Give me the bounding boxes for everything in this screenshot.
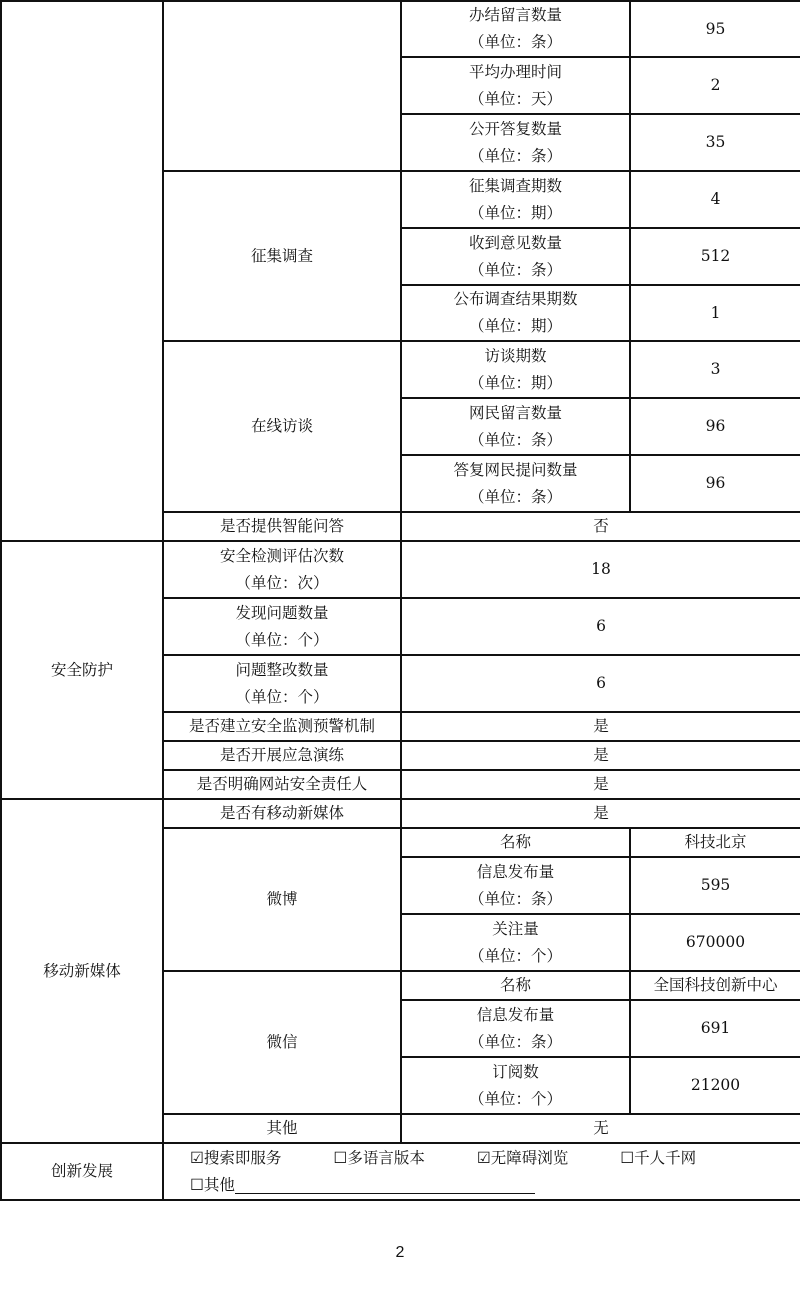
checkbox-checked-icon[interactable]: ☑ [477, 1149, 491, 1167]
metric-value: 691 [630, 1000, 800, 1057]
metric-value: 35 [630, 114, 800, 171]
metric-value: 1 [630, 285, 800, 341]
metric-value: 96 [630, 398, 800, 455]
metric-label: 征集调查期数（单位：期） [401, 171, 630, 228]
checkbox-unchecked-icon[interactable]: ☐ [333, 1149, 347, 1167]
checkbox-unchecked-icon[interactable]: ☐ [190, 1176, 204, 1194]
yesno-label: 是否建立安全监测预警机制 [163, 712, 401, 741]
metric-label: 关注量（单位：个） [401, 914, 630, 971]
yesno-label: 是否开展应急演练 [163, 741, 401, 770]
option-other[interactable]: ☐其他 [190, 1176, 235, 1194]
has-mobile-value: 是 [401, 799, 800, 828]
wechat-name-value: 全国科技创新中心 [630, 971, 800, 1000]
mobile-title: 移动新媒体 [1, 799, 163, 1143]
yesno-value: 是 [401, 770, 800, 799]
metric-value: 96 [630, 455, 800, 512]
metric-value: 18 [401, 541, 800, 598]
other-media-value: 无 [401, 1114, 800, 1143]
metric-value: 3 [630, 341, 800, 398]
metric-value: 6 [401, 655, 800, 712]
page-number: 2 [0, 1244, 800, 1262]
smart-qa-label: 是否提供智能问答 [163, 512, 401, 541]
metric-value: 6 [401, 598, 800, 655]
yesno-label: 是否明确网站安全责任人 [163, 770, 401, 799]
wechat-title: 微信 [163, 971, 401, 1114]
checkbox-unchecked-icon[interactable]: ☐ [620, 1149, 634, 1167]
has-mobile-label: 是否有移动新媒体 [163, 799, 401, 828]
metric-value: 4 [630, 171, 800, 228]
report-table: 办结留言数量（单位：条） 95 平均办理时间（单位：天） 2 公开答复数量（单位… [0, 0, 800, 1201]
metric-value: 21200 [630, 1057, 800, 1114]
checkbox-checked-icon[interactable]: ☑ [190, 1149, 204, 1167]
yesno-value: 是 [401, 712, 800, 741]
metric-label: 答复网民提问数量（单位：条） [401, 455, 630, 512]
smart-qa-value: 否 [401, 512, 800, 541]
option-multilanguage[interactable]: ☐多语言版本 [333, 1145, 424, 1172]
metric-label: 收到意见数量（单位：条） [401, 228, 630, 285]
reply-group-cell [163, 1, 401, 171]
metric-label: 公布调查结果期数（单位：期） [401, 285, 630, 341]
section-interaction-cell [1, 1, 163, 541]
metric-label: 信息发布量（单位：条） [401, 1000, 630, 1057]
interview-title: 在线访谈 [163, 341, 401, 512]
wechat-name-label: 名称 [401, 971, 630, 1000]
option-personalized[interactable]: ☐千人千网 [620, 1145, 696, 1172]
option-accessibility[interactable]: ☑无障碍浏览 [477, 1145, 568, 1172]
other-fill-line [235, 1173, 535, 1194]
option-search-service[interactable]: ☑搜索即服务 [190, 1145, 281, 1172]
metric-value: 95 [630, 1, 800, 57]
metric-label: 访谈期数（单位：期） [401, 341, 630, 398]
metric-label: 网民留言数量（单位：条） [401, 398, 630, 455]
weibo-title: 微博 [163, 828, 401, 971]
metric-label: 发现问题数量（单位：个） [163, 598, 401, 655]
metric-label: 信息发布量（单位：条） [401, 857, 630, 914]
innovation-title: 创新发展 [1, 1143, 163, 1200]
metric-label: 平均办理时间（单位：天） [401, 57, 630, 114]
survey-title: 征集调查 [163, 171, 401, 341]
metric-value: 512 [630, 228, 800, 285]
metric-value: 2 [630, 57, 800, 114]
metric-value: 670000 [630, 914, 800, 971]
metric-label: 安全检测评估次数（单位：次） [163, 541, 401, 598]
innovation-options: ☑搜索即服务☐多语言版本☑无障碍浏览☐千人千网 ☐其他 [163, 1143, 800, 1200]
metric-label: 问题整改数量（单位：个） [163, 655, 401, 712]
metric-label: 订阅数（单位：个） [401, 1057, 630, 1114]
metric-label: 办结留言数量（单位：条） [401, 1, 630, 57]
weibo-name-label: 名称 [401, 828, 630, 857]
metric-value: 595 [630, 857, 800, 914]
security-title: 安全防护 [1, 541, 163, 799]
yesno-value: 是 [401, 741, 800, 770]
other-media-label: 其他 [163, 1114, 401, 1143]
weibo-name-value: 科技北京 [630, 828, 800, 857]
metric-label: 公开答复数量（单位：条） [401, 114, 630, 171]
